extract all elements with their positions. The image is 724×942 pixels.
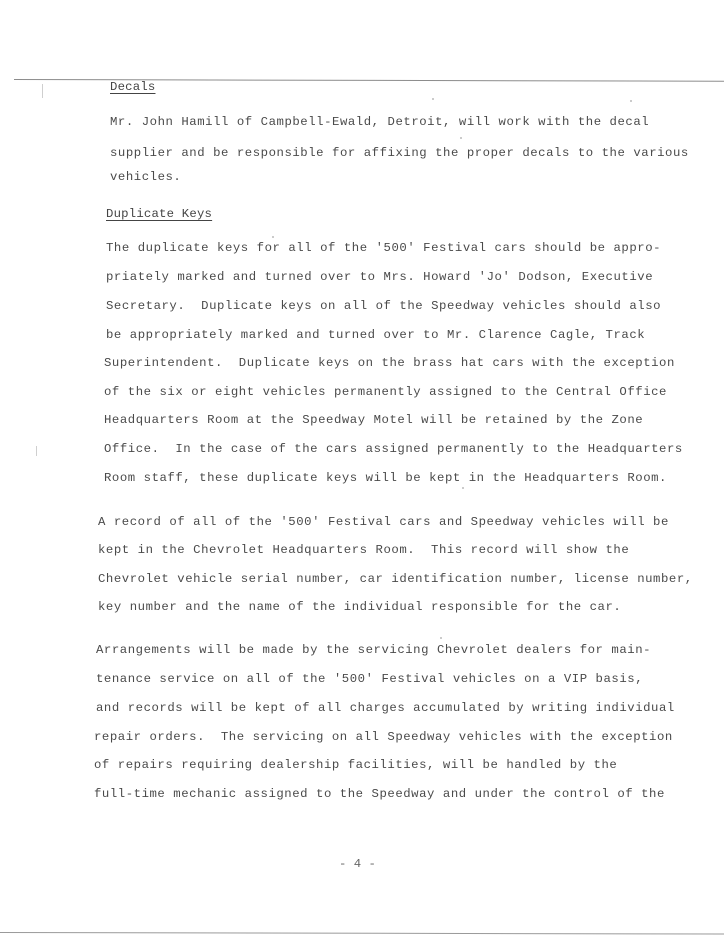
scan-speck <box>440 637 442 639</box>
text-line: vehicles. <box>110 170 181 184</box>
text-line: Superintendent. Duplicate keys on the br… <box>104 356 675 370</box>
text-line: be appropriately marked and turned over … <box>106 328 645 342</box>
scan-artifact <box>36 446 37 456</box>
text-line: Office. In the case of the cars assigned… <box>104 442 683 456</box>
text-line: of the six or eight vehicles permanently… <box>104 385 667 399</box>
text-line: The duplicate keys for all of the '500' … <box>106 241 661 255</box>
text-line: kept in the Chevrolet Headquarters Room.… <box>98 543 629 557</box>
text-line: priately marked and turned over to Mrs. … <box>106 270 653 284</box>
text-line: repair orders. The servicing on all Spee… <box>94 730 673 744</box>
text-line: tenance service on all of the '500' Fest… <box>96 672 643 686</box>
text-line: Arrangements will be made by the servici… <box>96 643 651 657</box>
section-heading-decals: Decals <box>110 80 155 94</box>
scan-speck <box>630 100 632 102</box>
scan-speck <box>432 98 434 100</box>
scan-speck <box>462 487 464 489</box>
text-line: of repairs requiring dealership faciliti… <box>94 758 617 772</box>
text-line: Room staff, these duplicate keys will be… <box>104 471 667 485</box>
text-line: and records will be kept of all charges … <box>96 701 675 715</box>
text-line: Secretary. Duplicate keys on all of the … <box>106 299 661 313</box>
scan-speck <box>272 236 274 238</box>
section-heading-duplicate-keys: Duplicate Keys <box>106 207 212 221</box>
text-line: Chevrolet vehicle serial number, car ide… <box>98 572 693 586</box>
scan-artifact <box>42 84 43 98</box>
text-line: Headquarters Room at the Speedway Motel … <box>104 413 643 427</box>
text-line: key number and the name of the individua… <box>98 600 621 614</box>
scan-speck <box>460 137 462 139</box>
text-line: full-time mechanic assigned to the Speed… <box>94 787 665 801</box>
text-line: A record of all of the '500' Festival ca… <box>98 515 669 529</box>
bottom-rule <box>0 932 724 935</box>
page-number: - 4 - <box>339 857 376 871</box>
text-line: supplier and be responsible for affixing… <box>110 146 689 160</box>
text-line: Mr. John Hamill of Campbell-Ewald, Detro… <box>110 115 649 129</box>
